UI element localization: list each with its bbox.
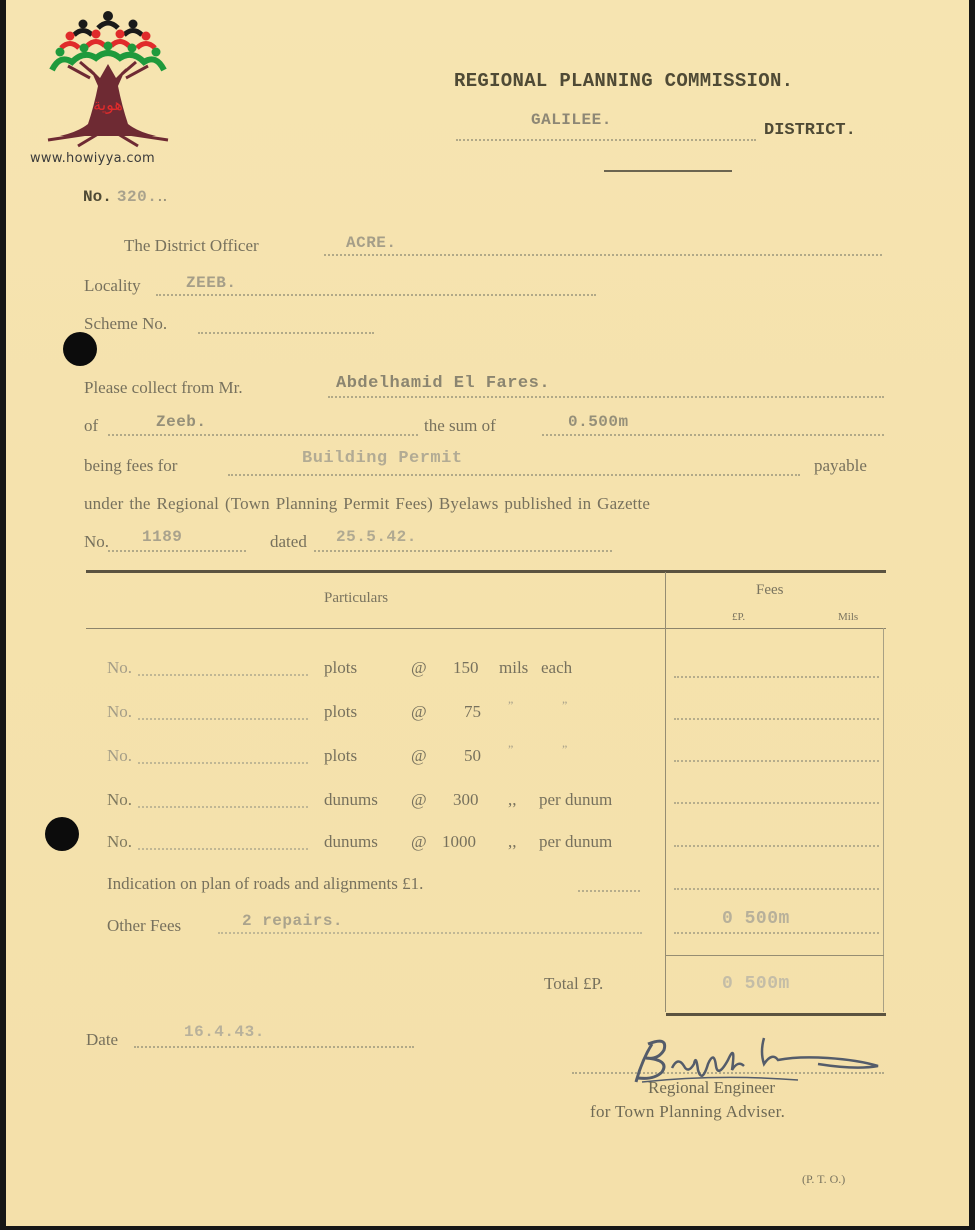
- date-field: [134, 1030, 414, 1048]
- fees-for-value: Building Permit: [302, 449, 463, 468]
- pto-note: (P. T. O.): [802, 1172, 845, 1187]
- collect-from-value: Abdelhamid El Fares.: [336, 374, 550, 393]
- row-fee-field: [674, 843, 879, 847]
- row-rate: 300: [453, 790, 479, 810]
- date-value: 16.4.43.: [184, 1023, 265, 1041]
- svg-text:هوية: هوية: [93, 95, 123, 115]
- howiyya-tree-logo-icon: هوية: [28, 6, 188, 166]
- dated-value: 25.5.42.: [336, 528, 417, 546]
- header-mils: Mils: [838, 611, 858, 623]
- dated-label: dated: [270, 532, 307, 552]
- other-fees-amount: 0 500m: [722, 909, 790, 929]
- other-fees-fee-field: [674, 930, 879, 934]
- header-divider: [604, 170, 732, 172]
- logo-url: www.howiyya.com: [30, 151, 155, 166]
- other-fees-value: 2 repairs.: [242, 912, 343, 930]
- row-at: @: [411, 746, 427, 766]
- row-unit: dunums: [324, 832, 378, 852]
- row-basis: ”: [562, 742, 567, 757]
- sum-label: the sum of: [424, 416, 496, 436]
- row-unit: plots: [324, 658, 357, 678]
- row-fee-field: [674, 674, 879, 678]
- signatory-title: Regional Engineer: [648, 1078, 775, 1098]
- table-bottom-rule: [666, 1013, 886, 1016]
- row-rate: 75: [464, 702, 481, 722]
- row-unit: plots: [324, 702, 357, 722]
- row-no-label: No.: [107, 702, 132, 722]
- row-fee-field: [674, 716, 879, 720]
- scheme-label: Scheme No.: [84, 314, 167, 334]
- row-fee-field: [674, 800, 879, 804]
- district-officer-value: ACRE.: [346, 234, 397, 252]
- row-no-label: No.: [107, 832, 132, 852]
- district-value: GALILEE.: [531, 111, 612, 129]
- form-number: No. 320...: [83, 186, 167, 206]
- punch-hole-top: [63, 332, 97, 366]
- row-basis: per dunum: [539, 790, 612, 810]
- row-no-label: No.: [107, 658, 132, 678]
- other-fees-label: Other Fees: [107, 916, 181, 936]
- row-basis: per dunum: [539, 832, 612, 852]
- sum-value: 0.500m: [568, 413, 629, 431]
- row-rate-unit: ”: [508, 698, 513, 713]
- locality-value: ZEEB.: [186, 274, 237, 292]
- header-fees: Fees: [756, 582, 784, 599]
- row-no-field: [138, 806, 308, 808]
- row-basis: each: [541, 658, 572, 678]
- table-column-divider: [665, 572, 666, 1012]
- row-no-field: [138, 674, 308, 676]
- other-fees-field: [218, 932, 642, 934]
- total-label: Total £P.: [544, 974, 603, 994]
- payable-label: payable: [814, 456, 867, 476]
- row-rate-unit: ”: [508, 742, 513, 757]
- indication-label: Indication on plan of roads and alignmen…: [107, 874, 423, 894]
- header-pounds: £P.: [732, 611, 745, 623]
- row-unit: dunums: [324, 790, 378, 810]
- row-basis: ”: [562, 698, 567, 713]
- total-amount: 0 500m: [722, 974, 790, 994]
- table-total-separator: [666, 955, 884, 956]
- district-officer-label: The District Officer: [124, 236, 259, 256]
- row-at: @: [411, 658, 427, 678]
- gazette-no-value: 1189: [142, 528, 182, 546]
- table-top-rule: [86, 570, 886, 573]
- row-no-field: [138, 762, 308, 764]
- district-label: DISTRICT.: [764, 121, 856, 140]
- row-rate-unit: ,,: [508, 790, 517, 810]
- row-no-field: [138, 848, 308, 850]
- row-no-label: No.: [107, 746, 132, 766]
- row-rate-unit: ,,: [508, 832, 517, 852]
- signatory-subtitle: for Town Planning Adviser.: [590, 1102, 785, 1122]
- number-label: No.: [83, 188, 112, 206]
- scheme-field: [198, 314, 374, 334]
- punch-hole-bottom: [45, 817, 79, 851]
- permit-fee-form: هوية www.howiyya.com REGIONAL PLANNING C…: [6, 0, 969, 1226]
- header-particulars: Particulars: [324, 590, 388, 607]
- date-label: Date: [86, 1030, 118, 1050]
- row-at: @: [411, 832, 427, 852]
- row-rate: 1000: [442, 832, 476, 852]
- locality-label: Locality: [84, 276, 141, 296]
- row-rate: 50: [464, 746, 481, 766]
- indication-fee-field: [674, 886, 879, 890]
- row-no-field: [138, 718, 308, 720]
- row-unit: plots: [324, 746, 357, 766]
- gazette-no-label: No.: [84, 532, 109, 552]
- district-officer-field: [324, 236, 882, 256]
- row-fee-field: [674, 758, 879, 762]
- byelaws-text: under the Regional (Town Planning Permit…: [84, 494, 884, 514]
- row-rate-unit: mils: [499, 658, 528, 678]
- table-header-rule: [86, 628, 886, 629]
- number-value: 320.: [117, 188, 157, 206]
- row-at: @: [411, 790, 427, 810]
- collect-from-label: Please collect from Mr.: [84, 378, 243, 398]
- fees-for-label: being fees for: [84, 456, 177, 476]
- row-no-label: No.: [107, 790, 132, 810]
- row-at: @: [411, 702, 427, 722]
- of-label: of: [84, 416, 98, 436]
- indication-dots: [578, 890, 640, 892]
- of-value: Zeeb.: [156, 413, 207, 431]
- of-field: [108, 416, 418, 436]
- form-title: REGIONAL PLANNING COMMISSION.: [454, 70, 793, 92]
- row-rate: 150: [453, 658, 479, 678]
